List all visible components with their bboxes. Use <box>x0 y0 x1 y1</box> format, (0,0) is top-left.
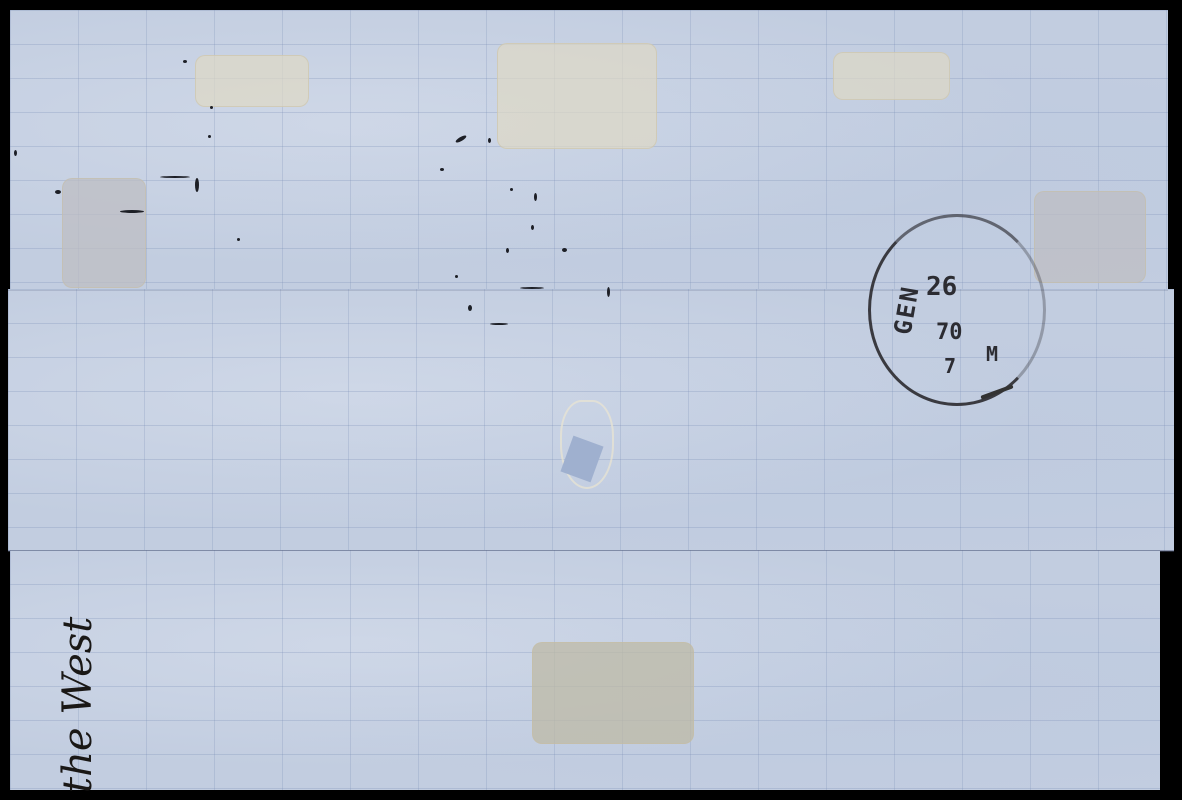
postmark-year: 70 <box>936 320 963 345</box>
handwritten-text: the West <box>55 573 101 793</box>
hinge-remnant <box>195 55 309 107</box>
hinge-remnant <box>1034 191 1146 283</box>
postmark-day: 26 <box>926 272 957 302</box>
handwritten-address-fragment: the West <box>20 570 80 790</box>
hinge-remnant <box>62 178 146 288</box>
fold-line <box>8 550 1174 551</box>
postmark-suffix: M <box>986 342 998 366</box>
hinge-remnant <box>532 642 694 744</box>
hinge-remnant <box>833 52 950 100</box>
hinge-remnant <box>497 43 657 149</box>
postmark-hour: 7 <box>944 354 956 378</box>
postmark-cds: GEN 26 70 7 M <box>868 214 1046 406</box>
